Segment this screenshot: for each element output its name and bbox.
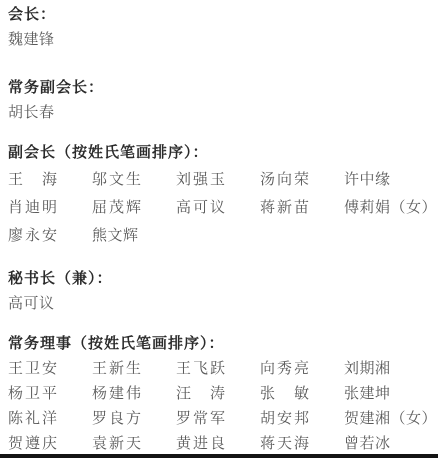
- section-secretary-general: 秘书长（兼）： 高可议: [8, 266, 438, 317]
- member-name: 高可议: [8, 292, 55, 317]
- member-name: 杨建伟: [92, 382, 176, 407]
- member-name: 王新生: [92, 357, 176, 382]
- bottom-border-line: [0, 454, 438, 458]
- member-name: 向秀亮: [260, 357, 344, 382]
- member-name: 王 海: [8, 166, 92, 194]
- section-title: 会长：: [8, 2, 438, 28]
- member-name: 张建坤: [344, 382, 391, 407]
- section-names: 高可议: [8, 292, 438, 317]
- member-name: 熊文辉: [92, 222, 139, 250]
- section-names: 王 海邬文生刘强玉汤向荣许中缘肖迪明屈茂辉高可议蒋新苗傅莉娟（女）廖永安熊文辉: [8, 166, 438, 250]
- member-name: 胡长春: [8, 101, 55, 126]
- member-name: 屈茂辉: [92, 194, 176, 222]
- name-row: 王 海邬文生刘强玉汤向荣许中缘: [8, 166, 438, 194]
- section-title: 常务副会长：: [8, 75, 438, 101]
- member-name: 刘期湘: [344, 357, 391, 382]
- section-president: 会长： 魏建锋: [8, 2, 438, 53]
- roster-document: 会长： 魏建锋 常务副会长： 胡长春 副会长（按姓氏笔画排序）： 王 海邬文生刘…: [0, 0, 438, 457]
- section-executive-vice-president: 常务副会长： 胡长春: [8, 75, 438, 126]
- member-name: 罗良方: [92, 407, 176, 432]
- member-name: 贺建湘（女）: [344, 407, 437, 432]
- member-name: 张 敏: [260, 382, 344, 407]
- section-title: 副会长（按姓氏笔画排序）：: [8, 140, 438, 166]
- section-names: 魏建锋: [8, 28, 438, 53]
- member-name: 陈礼洋: [8, 407, 92, 432]
- member-name: 刘强玉: [176, 166, 260, 194]
- member-name: 邬文生: [92, 166, 176, 194]
- section-names: 胡长春: [8, 101, 438, 126]
- member-name: 罗常军: [176, 407, 260, 432]
- member-name: 许中缘: [344, 166, 391, 194]
- section-names: 王卫安王新生王飞跃向秀亮刘期湘杨卫平杨建伟汪 涛张 敏张建坤陈礼洋罗良方罗常军胡…: [8, 357, 438, 457]
- name-row: 魏建锋: [8, 28, 438, 53]
- member-name: 魏建锋: [8, 28, 55, 53]
- member-name: 胡安邦: [260, 407, 344, 432]
- name-row: 高可议: [8, 292, 438, 317]
- member-name: 杨卫平: [8, 382, 92, 407]
- member-name: 汤向荣: [260, 166, 344, 194]
- name-row: 杨卫平杨建伟汪 涛张 敏张建坤: [8, 382, 438, 407]
- member-name: 王卫安: [8, 357, 92, 382]
- name-row: 王卫安王新生王飞跃向秀亮刘期湘: [8, 357, 438, 382]
- member-name: 高可议: [176, 194, 260, 222]
- name-row: 胡长春: [8, 101, 438, 126]
- member-name: 汪 涛: [176, 382, 260, 407]
- name-row: 廖永安熊文辉: [8, 222, 438, 250]
- member-name: 廖永安: [8, 222, 92, 250]
- member-name: 王飞跃: [176, 357, 260, 382]
- member-name: 蒋新苗: [260, 194, 344, 222]
- section-title: 秘书长（兼）：: [8, 266, 438, 292]
- name-row: 肖迪明屈茂辉高可议蒋新苗傅莉娟（女）: [8, 194, 438, 222]
- section-title: 常务理事（按姓氏笔画排序）：: [8, 331, 438, 357]
- name-row: 陈礼洋罗良方罗常军胡安邦贺建湘（女）: [8, 407, 438, 432]
- section-executive-directors: 常务理事（按姓氏笔画排序）： 王卫安王新生王飞跃向秀亮刘期湘杨卫平杨建伟汪 涛张…: [8, 331, 438, 457]
- member-name: 肖迪明: [8, 194, 92, 222]
- section-vice-presidents: 副会长（按姓氏笔画排序）： 王 海邬文生刘强玉汤向荣许中缘肖迪明屈茂辉高可议蒋新…: [8, 140, 438, 250]
- member-name: 傅莉娟（女）: [344, 194, 437, 222]
